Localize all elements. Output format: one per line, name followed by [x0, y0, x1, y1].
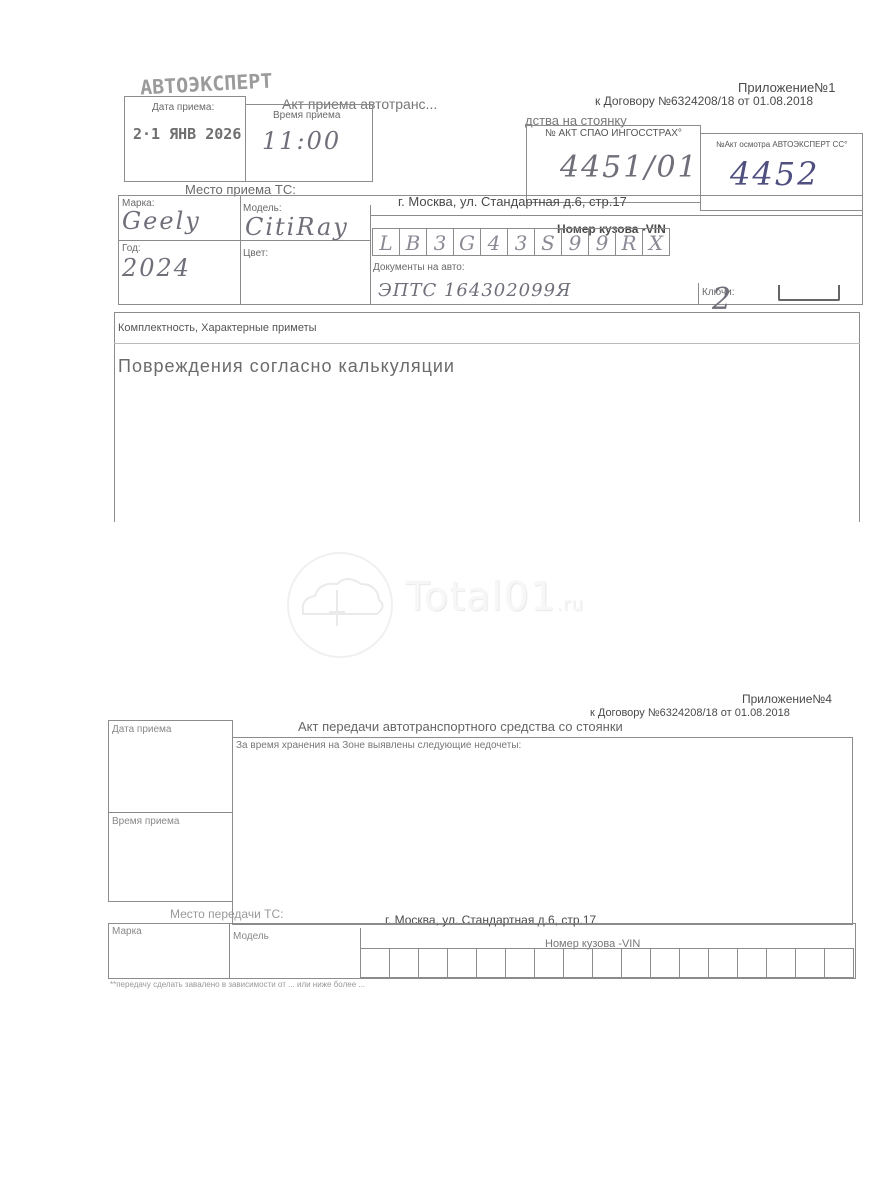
vin-empty-cell — [389, 948, 419, 978]
appendix4-label: Приложение№4 — [742, 692, 832, 706]
vin-empty-cell — [650, 948, 680, 978]
vin-char-cell: 3 — [426, 228, 454, 256]
vin-char-cell: 4 — [480, 228, 508, 256]
ingos-act-label: № АКТ СПАО ИНГОССТРАХ° — [545, 128, 682, 139]
handover-title: Акт передачи автотранспортного средства … — [298, 719, 623, 734]
defects-label: За время хранения на Зоне выявлены следу… — [236, 740, 521, 751]
keys-bracket — [778, 285, 840, 301]
vin-char-cell: G — [453, 228, 481, 256]
vin-cells: LB3G43S99RX — [373, 228, 670, 256]
vin-char-cell: S — [534, 228, 562, 256]
handover-footer-note: **передачу сделать завалено в зависимост… — [110, 980, 365, 989]
vin-empty-cell — [418, 948, 448, 978]
car-cloud-logo-icon — [285, 550, 395, 660]
year-label: Год: — [122, 243, 141, 254]
model-value: CitiRay — [245, 213, 349, 241]
vin-char-cell: R — [615, 228, 643, 256]
watermark-text: Total01.ru — [405, 574, 584, 620]
handover-model-label: Модель — [233, 931, 269, 942]
time-value: 11:00 — [262, 127, 341, 155]
docs-value: ЭПТС 164302099Я — [378, 280, 572, 301]
handover-date-cell — [108, 720, 233, 902]
vin-char-cell: L — [372, 228, 400, 256]
defects-cell — [232, 737, 853, 925]
features-value: Повреждения согласно калькуляции — [118, 356, 455, 377]
inspection-act-value: 4452 — [730, 155, 819, 193]
vin-empty-cell — [737, 948, 767, 978]
vin-empty-cell — [447, 948, 477, 978]
vin-empty-cell — [766, 948, 796, 978]
vin-char-cell: 3 — [507, 228, 535, 256]
vin-empty-cell — [679, 948, 709, 978]
watermark: Total01.ru — [285, 550, 605, 660]
vin-char-cell: X — [642, 228, 670, 256]
features-label: Комплектность, Характерные приметы — [118, 322, 317, 334]
appendix-label: Приложение№1 — [738, 80, 835, 95]
handover-time-label: Время приема — [112, 816, 179, 827]
vin-char-cell: 9 — [588, 228, 616, 256]
contract4-reference: к Договору №6324208/18 от 01.08.2018 — [590, 707, 790, 719]
company-stamp: АВТОЭКСПЕРТ — [139, 69, 273, 100]
vin-empty-cell — [621, 948, 651, 978]
ingos-act-value: 4451/01 — [560, 150, 699, 185]
vin-empty-cell — [505, 948, 535, 978]
vin-empty-cell — [563, 948, 593, 978]
vin-char-cell: 9 — [561, 228, 589, 256]
handover-vin-cells — [361, 948, 854, 978]
vin-char-cell: B — [399, 228, 427, 256]
docs-label: Документы на авто: — [373, 262, 465, 273]
vin-empty-cell — [824, 948, 854, 978]
vin-empty-cell — [534, 948, 564, 978]
vin-empty-cell — [476, 948, 506, 978]
vin-empty-cell — [592, 948, 622, 978]
inspection-act-label: №Акт осмотра АВТОЭКСПЕРТ СС° — [716, 140, 847, 149]
time-label: Время приема — [273, 110, 340, 121]
contract-reference: к Договору №6324208/18 от 01.08.2018 — [595, 94, 813, 108]
year-value: 2024 — [122, 254, 191, 282]
vin-empty-cell — [360, 948, 390, 978]
handover-date-label: Дата приема — [112, 724, 171, 735]
date-stamp-value: 2·1 ЯНВ 2026 — [133, 125, 241, 143]
vin-empty-cell — [795, 948, 825, 978]
vin-empty-cell — [708, 948, 738, 978]
handover-brand-label: Марка — [112, 926, 142, 937]
color-label: Цвет: — [243, 248, 268, 259]
date-label: Дата приема: — [152, 102, 214, 113]
handover-place-label: Место передачи ТС: — [170, 907, 283, 921]
brand-value: Geely — [122, 207, 201, 235]
